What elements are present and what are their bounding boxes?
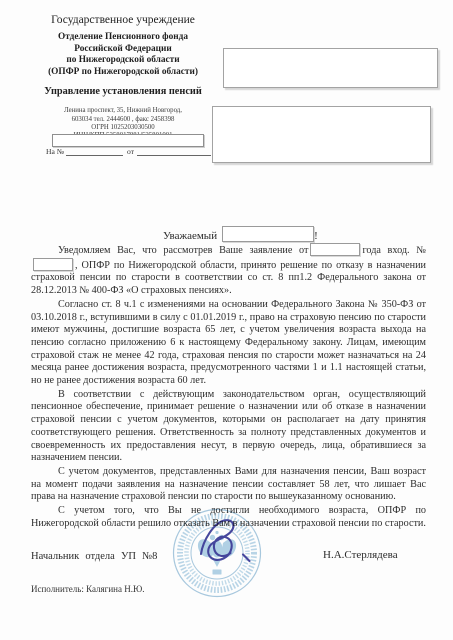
org-type: Государственное учреждение: [28, 14, 218, 26]
ref-ot-label: от: [127, 147, 134, 156]
greeting-word: Уважаемый: [163, 230, 217, 242]
redacted-number-box: [33, 258, 73, 271]
org-name-line: Российской Федерации: [28, 44, 218, 56]
redacted-box-top: [223, 48, 438, 88]
outgoing-number-box: [52, 134, 204, 147]
scanned-letter-page: Государственное учреждение Отделение Пен…: [0, 0, 453, 640]
address-line: 603034 тел. 2444600 , факс 2458398: [28, 116, 218, 124]
address-line: Ленина проспект, 35, Нижний Новгород,: [28, 107, 218, 115]
paragraph-decision: Уведомляем Вас, что рассмотрев Ваше заяв…: [31, 243, 426, 298]
paragraph-law: Согласно ст. 8 ч.1 с изменениями на осно…: [31, 299, 426, 388]
redacted-addressee-box: [212, 106, 431, 163]
org-name-line: (ОПФР по Нижегородской области): [28, 67, 218, 79]
reference-line: На №от: [46, 147, 211, 156]
greeting-punct: !: [314, 230, 318, 242]
letterhead: Государственное учреждение Отделение Пен…: [28, 14, 218, 140]
greeting-line: Уважаемый!: [163, 226, 318, 242]
signer-position: Начальник отдела УП №8: [31, 551, 157, 562]
paragraph-responsibility: В соответствии с действующим законодател…: [31, 389, 426, 465]
redacted-date-box: [310, 243, 360, 256]
org-name: Отделение Пенсионного фонда Российской Ф…: [28, 32, 218, 78]
department-title: Управление установления пенсий: [28, 86, 218, 97]
official-seal-stamp: [147, 483, 287, 623]
ref-number-underline: [66, 147, 123, 156]
ref-date-underline: [137, 147, 211, 156]
org-name-line: по Нижегородской области: [28, 55, 218, 67]
executor-line: Исполнитель: Калягина Н.Ю.: [31, 584, 145, 594]
ref-na-label: На №: [46, 147, 64, 156]
address-line: ОГРН 1025203030500: [28, 124, 218, 132]
redacted-name-box: [222, 226, 314, 242]
signer-name: Н.А.Стерлядева: [323, 549, 398, 561]
org-name-line: Отделение Пенсионного фонда: [28, 32, 218, 44]
